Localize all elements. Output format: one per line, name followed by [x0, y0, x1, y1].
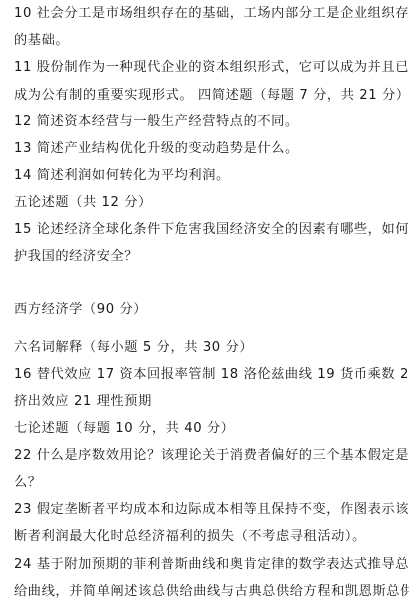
question-12: 12 简述资本经营与一般生产经营特点的不同。	[14, 112, 299, 132]
section-7-heading: 七论述题（每题 10 分，共 40 分）	[14, 419, 235, 439]
question-24-line-1: 24 基于附加预期的菲利普斯曲线和奥肯定律的数学表达式推导总供	[14, 555, 409, 575]
questions-16-20-line: 16 替代效应 17 资本回报率管制 18 洛伦兹曲线 19 货币乘数 20 财…	[14, 365, 409, 385]
question-15-line-2: 护我国的经济安全？	[14, 247, 138, 267]
question-11-line-1: 11 股份制作为一种现代企业的资本组织形式，它可以成为并且已经	[14, 58, 409, 78]
question-13: 13 简述产业结构优化升级的变动趋势是什么。	[14, 139, 299, 159]
question-24-line-2: 给曲线，并简单阐述该总供给曲线与古典总供给方程和凯恩斯总供给	[14, 582, 409, 602]
question-15-line-1: 15 论述经济全球化条件下危害我国经济安全的因素有哪些，如何维	[14, 220, 409, 240]
question-22-line-2: 么？	[14, 473, 42, 493]
section-5-heading: 五论述题（共 12 分）	[14, 193, 152, 213]
section-6-heading: 六名词解释（每小题 5 分，共 30 分）	[14, 338, 253, 358]
question-23-line-2: 断者利润最大化时总经济福利的损失（不考虑寻租活动）。	[14, 527, 366, 547]
western-economics-heading: 西方经济学（90 分）	[14, 300, 147, 320]
question-10-line-1: 10 社会分工是市场组织存在的基础，工场内部分工是企业组织存在	[14, 4, 409, 24]
question-10-line-2: 的基础。	[14, 31, 69, 51]
question-11-line-2-and-section-4-heading: 成为公有制的重要实现形式。 四简述题（每题 7 分，共 21 分）	[14, 86, 409, 106]
question-23-line-1: 23 假定垄断者平均成本和边际成本相等且保持不变，作图表示该垄	[14, 500, 409, 520]
question-22-line-1: 22 什么是序数效用论？该理论关于消费者偏好的三个基本假定是什	[14, 446, 409, 466]
questions-20-21-line: 挤出效应 21 理性预期	[14, 392, 152, 412]
question-14: 14 简述利润如何转化为平均利润。	[14, 166, 230, 186]
